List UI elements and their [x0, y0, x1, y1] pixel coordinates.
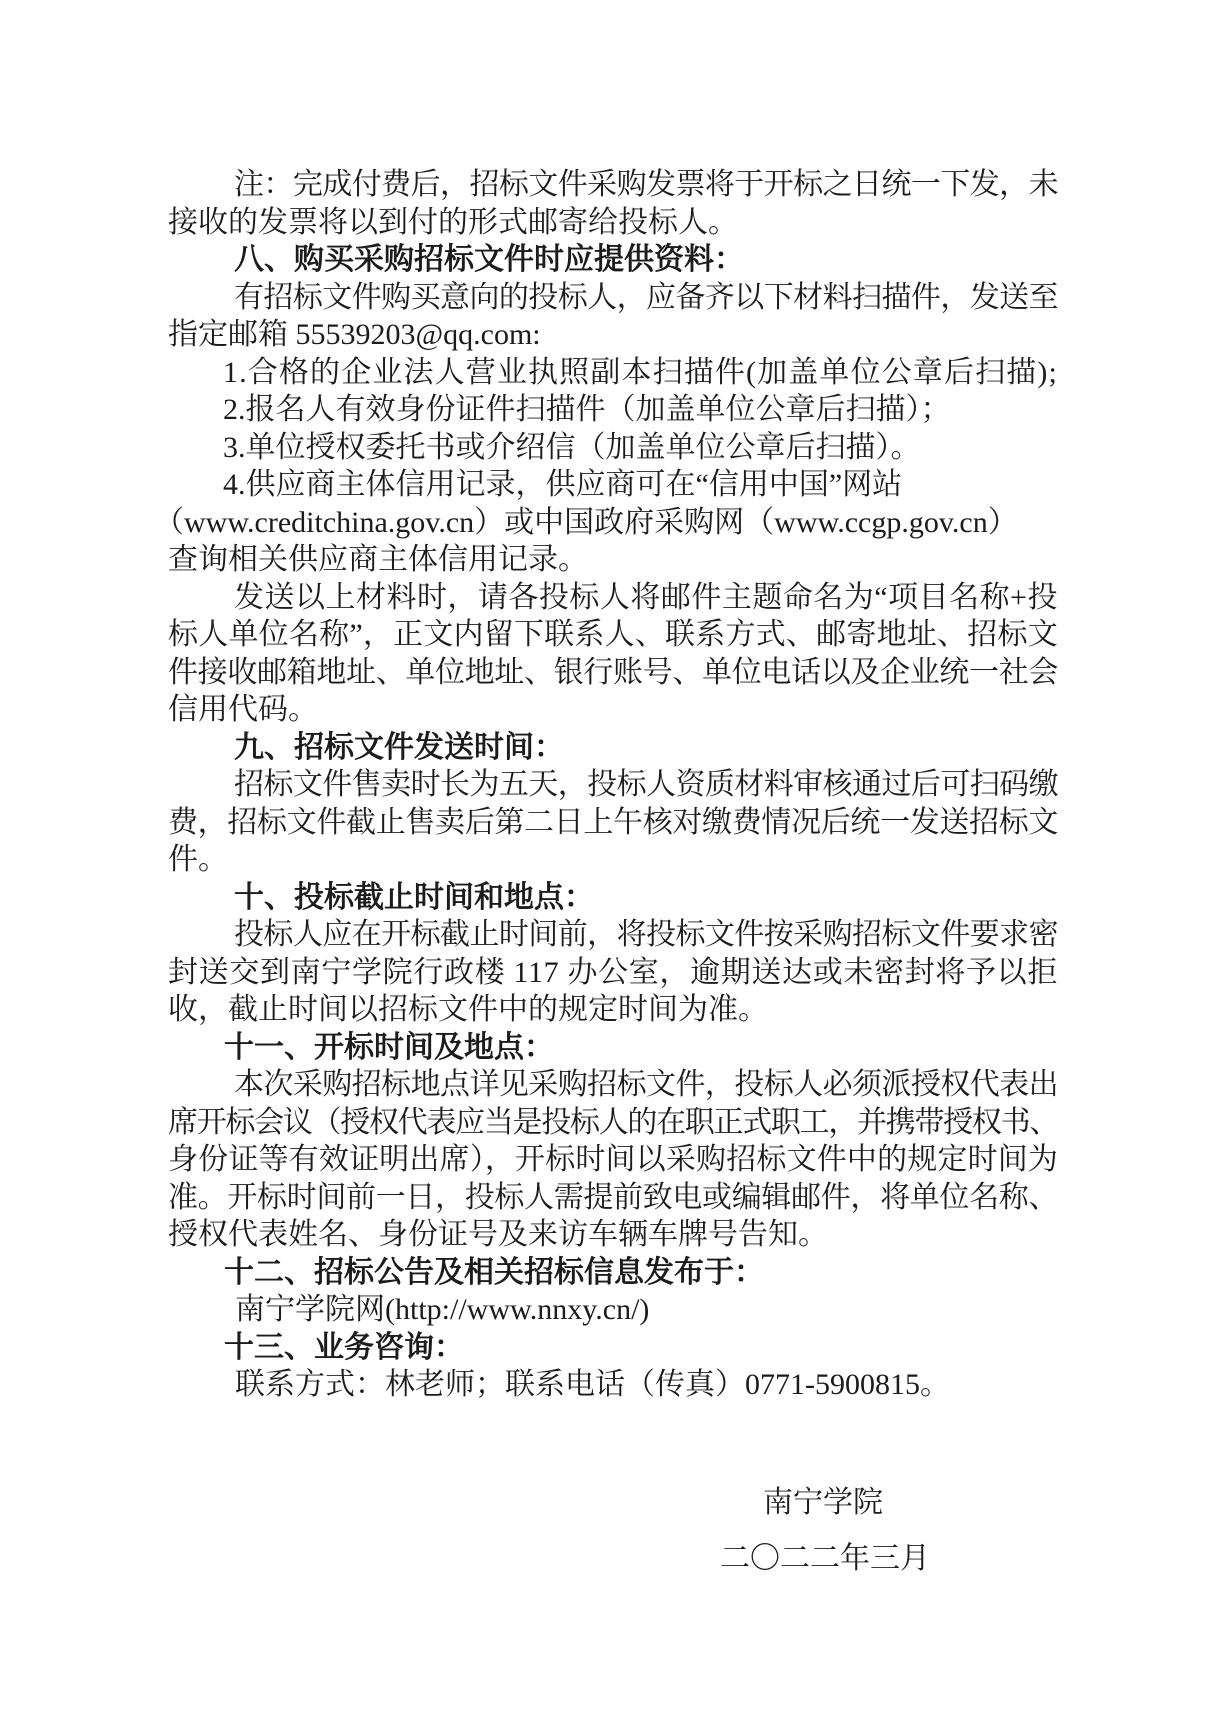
- text-line: 件。: [168, 841, 1058, 879]
- text-line: 席开标会议（授权代表应当是投标人的在职正式职工，并携带授权书、: [168, 1104, 1058, 1142]
- text-line: 件接收邮箱地址、单位地址、银行账号、单位电话以及企业统一社会: [168, 654, 1058, 692]
- section-heading: 十三、业务咨询：: [168, 1329, 1058, 1367]
- text-line: 接收的发票将以到付的形式邮寄给投标人。: [168, 204, 1058, 242]
- section-heading: 九、招标文件发送时间：: [168, 729, 1058, 767]
- text-line: 本次采购招标地点详见采购招标文件，投标人必须派授权代表出: [168, 1066, 1058, 1104]
- text-line: 指定邮箱 55539203@qq.com:: [168, 316, 1058, 354]
- text-line: 身份证等有效证明出席），开标时间以采购招标文件中的规定时间为: [168, 1141, 1058, 1179]
- text-line: （www.creditchina.gov.cn）或中国政府采购网（www.ccg…: [154, 504, 1044, 542]
- text-line: 注：完成付费后，招标文件采购发票将于开标之日统一下发，未: [168, 166, 1058, 204]
- text-line: 标人单位名称”，正文内留下联系人、联系方式、邮寄地址、招标文: [168, 616, 1058, 654]
- text-line: 有招标文件购买意向的投标人，应备齐以下材料扫描件，发送至: [168, 279, 1058, 317]
- text-line: 收，截止时间以招标文件中的规定时间为准。: [168, 991, 1058, 1029]
- text-line: 招标文件售卖时长为五天，投标人资质材料审核通过后可扫码缴: [168, 766, 1058, 804]
- text-line: 2.报名人有效身份证件扫描件（加盖单位公章后扫描）；: [168, 391, 1058, 429]
- text-line: 准。开标时间前一日，投标人需提前致电或编辑邮件，将单位名称、: [168, 1179, 1058, 1217]
- document-page: 注：完成付费后，招标文件采购发票将于开标之日统一下发，未接收的发票将以到付的形式…: [0, 0, 1220, 1732]
- document-body: 注：完成付费后，招标文件采购发票将于开标之日统一下发，未接收的发票将以到付的形式…: [168, 166, 1058, 1404]
- text-line: 南宁学院网(http://www.nnxy.cn/): [168, 1291, 1058, 1329]
- text-line: 信用代码。: [168, 691, 1058, 729]
- text-line: 1.合格的企业法人营业执照副本扫描件(加盖单位公章后扫描);: [168, 354, 1058, 392]
- section-heading: 十二、招标公告及相关招标信息发布于：: [168, 1254, 1058, 1292]
- text-line: 联系方式：林老师；联系电话（传真）0771-5900815。: [168, 1366, 1058, 1404]
- section-heading: 八、购买采购招标文件时应提供资料：: [168, 241, 1058, 279]
- text-line: 投标人应在开标截止时间前，将投标文件按采购招标文件要求密: [168, 916, 1058, 954]
- section-heading: 十、投标截止时间和地点：: [168, 879, 1058, 917]
- text-line: 费，招标文件截止售卖后第二日上午核对缴费情况后统一发送招标文: [168, 804, 1058, 842]
- signature-date: 二〇二二年三月: [720, 1540, 930, 1578]
- text-line: 封送交到南宁学院行政楼 117 办公室，逾期送达或未密封将予以拒: [168, 954, 1058, 992]
- text-line: 发送以上材料时，请各投标人将邮件主题命名为“项目名称+投: [168, 579, 1058, 617]
- section-heading: 十一、开标时间及地点：: [168, 1029, 1058, 1067]
- text-line: 授权代表姓名、身份证号及来访车辆车牌号告知。: [168, 1216, 1058, 1254]
- text-line: 查询相关供应商主体信用记录。: [168, 541, 1058, 579]
- text-line: 3.单位授权委托书或介绍信（加盖单位公章后扫描）。: [168, 429, 1058, 467]
- signature-organization: 南宁学院: [763, 1484, 883, 1522]
- text-line: 4.供应商主体信用记录，供应商可在“信用中国”网站: [168, 466, 1058, 504]
